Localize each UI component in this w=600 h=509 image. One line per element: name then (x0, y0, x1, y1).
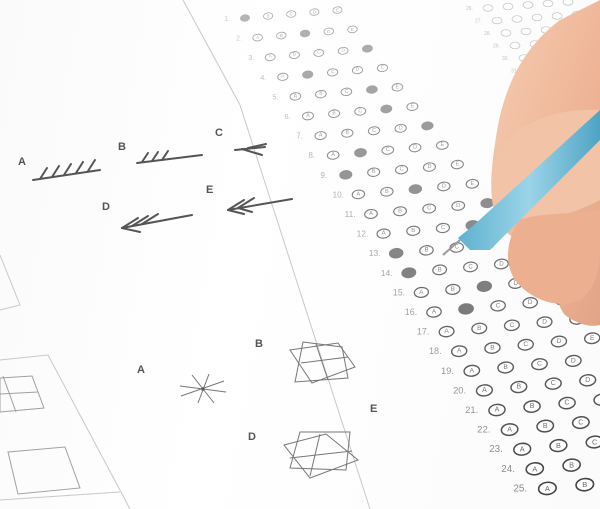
question-number: 28. (484, 31, 491, 37)
bubble-empty[interactable] (521, 28, 531, 35)
answer-row: 19.ABCD (441, 355, 582, 377)
bubble-letter: B (346, 130, 350, 136)
bubble-letter: C (345, 89, 349, 95)
bubble-letter: A (306, 113, 310, 119)
question-number: 27. (475, 19, 482, 25)
option-label: A (18, 156, 26, 168)
bubble-letter: A (331, 152, 335, 158)
bubble-letter: D (427, 164, 431, 170)
bubble-letter: C (565, 400, 570, 407)
bubble-letter: C (358, 108, 362, 114)
bubble-empty[interactable] (492, 17, 502, 24)
bubble-letter: B (411, 228, 415, 234)
bubble-letter: B (293, 52, 296, 58)
bubble-filled[interactable] (354, 148, 367, 157)
question-number: 19. (441, 366, 454, 376)
bubble-empty[interactable] (501, 30, 511, 37)
answer-row: 3.ABCD (248, 45, 373, 63)
bubble-letter: E (351, 27, 354, 32)
bubble-letter: A (457, 348, 462, 355)
bubble-letter: C (592, 438, 597, 447)
answer-row: 21.ABCD (465, 393, 600, 416)
option-label: D (248, 431, 256, 443)
bubble-letter: D (528, 299, 533, 306)
bubble-empty[interactable] (510, 42, 520, 49)
bubble-letter: C (317, 49, 321, 55)
bubble-empty[interactable] (563, 0, 573, 5)
bubble-letter: C (468, 263, 473, 270)
question-number: 12. (357, 229, 369, 239)
question-number: 18. (429, 346, 442, 356)
bubble-filled[interactable] (389, 248, 403, 259)
bubble-letter: B (517, 384, 522, 391)
question-number: 2. (236, 35, 242, 43)
scene-canvas: ABCDEABDE 1.BCDE2.ABDE3.ABCD4.ACDE5.ABCE… (0, 0, 600, 509)
answer-row: 5.ABCE (272, 83, 403, 101)
bubble-letter: D (585, 377, 590, 384)
bubble-letter: A (319, 133, 323, 139)
bubble-letter: C (400, 167, 404, 173)
answer-row: 2.ABDE (236, 25, 357, 42)
bubble-letter: E (411, 104, 415, 110)
bubble-letter: D (542, 319, 547, 326)
answer-row: 6.ABCE (284, 102, 418, 121)
question-number: 30. (502, 56, 509, 62)
option-label: E (370, 403, 377, 415)
question-number: 6. (284, 112, 290, 121)
bubble-letter: A (369, 211, 373, 217)
bubble-letter: A (532, 464, 537, 473)
octagram-figure-b (290, 342, 355, 383)
bubble-letter: C (551, 380, 556, 387)
question-number: 7. (296, 132, 303, 141)
bubble-letter: B (582, 480, 587, 489)
bubble-empty[interactable] (523, 2, 533, 9)
bubble-letter: C (496, 302, 501, 309)
option-label: A (137, 364, 145, 376)
bubble-filled[interactable] (366, 85, 377, 94)
bubble-letter: C (537, 361, 542, 368)
bubble-letter: B (569, 461, 574, 470)
question-number: 22. (477, 425, 490, 436)
answer-row: 10.ABDE (333, 179, 479, 200)
answer-row: 17.ABCDE (417, 313, 585, 338)
answer-sheet-photo: ABCDEABDE 1.BCDE2.ABDE3.ABCD4.ACDE5.ABCE… (0, 0, 600, 509)
question-number: 26. (466, 6, 473, 12)
option-label: B (118, 141, 126, 153)
option-label: D (102, 201, 110, 213)
arrow-figure-e (228, 198, 292, 214)
star-figure-a (180, 374, 226, 403)
answer-row: 26. (466, 0, 573, 12)
bubble-letter: D (442, 183, 446, 189)
answer-row: 23.ABC (489, 435, 600, 456)
bubble-letter: D (571, 357, 576, 364)
bubble-letter: B (556, 441, 561, 450)
bubble-filled[interactable] (380, 104, 392, 113)
bubble-letter: A (482, 387, 487, 394)
question-number: 29. (493, 44, 500, 50)
question-number: 11. (345, 209, 356, 219)
bubble-letter: C (427, 206, 431, 212)
bubble-letter: E (456, 162, 460, 168)
bubble-filled[interactable] (458, 303, 474, 315)
bubble-letter: E (470, 181, 474, 187)
question-number: 10. (333, 190, 344, 199)
bubble-letter: D (413, 145, 417, 151)
bubble-letter: B (385, 189, 389, 195)
answer-row: 18.ABCDE (429, 332, 600, 357)
answer-row: 8.ACDE (308, 140, 448, 160)
answer-row: 11.ABCD (345, 198, 495, 219)
bubble-letter: C (578, 419, 583, 427)
bubble-letter: B (398, 208, 402, 214)
bubble-letter: E (590, 335, 595, 342)
question-number: 20. (453, 384, 466, 395)
bubble-letter: B (372, 169, 376, 175)
bubble-filled[interactable] (240, 14, 250, 22)
bubble-letter: B (503, 364, 508, 371)
finger (508, 210, 600, 304)
bubble-filled[interactable] (421, 121, 433, 130)
answer-row: 24.AB (501, 458, 581, 476)
bubble-letter: A (432, 309, 437, 316)
bubble-letter: B (451, 286, 455, 293)
question-number: 9. (321, 171, 328, 180)
bubble-letter: B (530, 403, 535, 410)
bubble-letter: D (399, 125, 403, 131)
answer-row: 22.ABC (477, 416, 590, 436)
arrow-figure-a (33, 160, 100, 180)
bubble-letter: A (520, 445, 525, 454)
bubble-letter: B (280, 33, 283, 38)
bubble-empty[interactable] (543, 0, 553, 7)
answer-row: 25.AB (513, 478, 594, 496)
bubble-filled[interactable] (477, 281, 492, 292)
question-number: 8. (308, 151, 315, 160)
bubble-letter: B (267, 14, 270, 19)
bubble-empty[interactable] (512, 16, 522, 23)
bubble-letter: E (336, 8, 339, 13)
bubble-letter: A (357, 191, 361, 197)
bubble-filled[interactable] (339, 170, 352, 180)
bubble-letter: D (341, 47, 345, 53)
question-number: 13. (369, 248, 381, 258)
bubble-letter: C (510, 322, 515, 329)
bubble-letter: D (456, 203, 460, 209)
bubble-letter: B (424, 247, 428, 253)
arrow-figure-d (122, 214, 192, 232)
bubble-filled[interactable] (362, 45, 373, 53)
bubble-letter: A (444, 328, 449, 335)
bubble-letter: A (545, 484, 550, 493)
question-number: 3. (248, 53, 254, 62)
bubble-empty[interactable] (552, 13, 562, 20)
bubble-filled[interactable] (401, 267, 416, 278)
question-number: 16. (405, 307, 417, 317)
figure-squares (0, 376, 80, 494)
answer-row: 7.ABCD (296, 121, 433, 140)
bubble-letter: C (523, 341, 528, 348)
arrow-figure-c (235, 144, 266, 155)
question-number: 4. (260, 73, 266, 82)
bubble-empty[interactable] (532, 14, 542, 21)
bubble-letter: D (499, 260, 504, 267)
bubble-filled[interactable] (300, 30, 310, 38)
question-number: 17. (417, 327, 430, 337)
hand-with-pen (443, 0, 600, 326)
bubble-letter: B (438, 266, 442, 273)
octagram-figure-d (284, 432, 358, 478)
bubble-letter: A (382, 231, 386, 237)
answer-row: 4.ACDE (260, 64, 388, 82)
option-label: E (206, 184, 213, 196)
bubble-letter: C (386, 147, 390, 153)
question-number: 25. (513, 483, 527, 494)
bubble-letter: A (470, 367, 475, 374)
question-number: 21. (465, 405, 478, 416)
bubble-empty[interactable] (503, 3, 513, 10)
option-label: C (215, 127, 223, 139)
question-number: 23. (489, 444, 503, 455)
answer-row: 9.BCDE (321, 160, 464, 180)
question-number: 14. (381, 268, 393, 278)
question-number: 5. (272, 92, 278, 101)
bubble-letter: B (543, 422, 548, 430)
booklet-borders (0, 0, 370, 509)
answer-row: 20.ABCD (453, 374, 596, 397)
bubble-letter: D (557, 338, 562, 345)
bubble-letter: B (332, 111, 336, 117)
answer-row: 1.BCDE (224, 6, 342, 23)
bubble-letter: C (441, 225, 446, 231)
bubble-filled[interactable] (409, 184, 422, 194)
question-number: 1. (224, 16, 230, 23)
bubble-letter: A (495, 407, 500, 414)
bubble-letter: B (477, 325, 481, 332)
bubble-letter: E (441, 142, 445, 148)
question-number: 15. (393, 287, 405, 297)
bubble-letter: D (356, 67, 360, 73)
bubble-filled[interactable] (302, 70, 313, 78)
arrow-question-figures (33, 144, 292, 232)
bubble-empty[interactable] (483, 5, 493, 12)
question-number: 24. (501, 464, 515, 475)
bubble-letter: A (507, 426, 512, 434)
bubble-letter: C (331, 69, 335, 75)
arrow-figure-b (137, 151, 202, 163)
option-label: B (255, 338, 263, 350)
answer-row: 13.BCDE (369, 236, 525, 258)
bubble-letter: B (490, 344, 495, 351)
bubble-letter: C (372, 128, 376, 134)
